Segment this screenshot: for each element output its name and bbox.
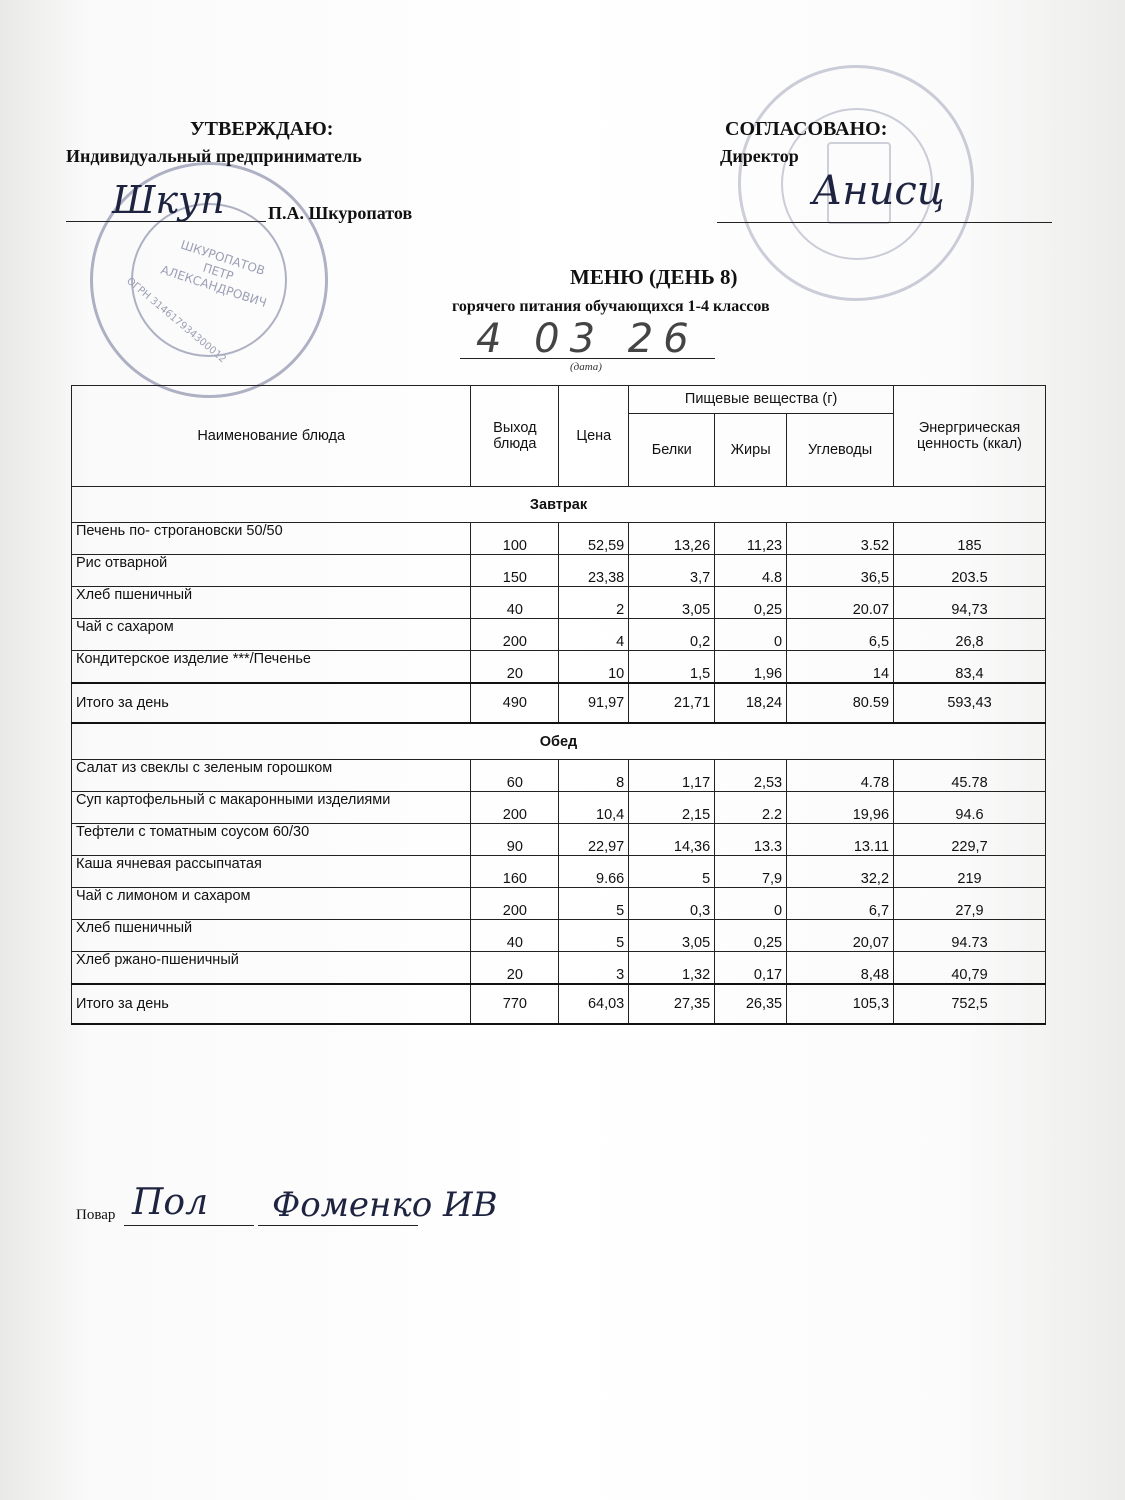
- cell-price: 10: [559, 651, 629, 684]
- total-protein: 27,35: [629, 984, 715, 1024]
- cell-protein: 3,7: [629, 555, 715, 587]
- cell-protein: 0,3: [629, 888, 715, 920]
- cell-energy: 203.5: [894, 555, 1046, 587]
- cell-fat: 11,23: [715, 523, 787, 555]
- cell-yield: 20: [471, 952, 559, 985]
- dish-name: Печень по- строгановски 50/50: [72, 523, 471, 555]
- cell-carbs: 14: [787, 651, 894, 684]
- cell-carbs: 20,07: [787, 920, 894, 952]
- dish-name: Салат из свеклы с зеленым горошком: [72, 760, 471, 792]
- cell-protein: 3,05: [629, 920, 715, 952]
- dish-name: Хлеб пшеничный: [72, 587, 471, 619]
- cell-fat: 0,25: [715, 587, 787, 619]
- total-protein: 21,71: [629, 683, 715, 723]
- total-price: 91,97: [559, 683, 629, 723]
- cell-energy: 219: [894, 856, 1046, 888]
- dish-name: Кондитерское изделие ***/Печенье: [72, 651, 471, 684]
- agreement-signature-line: [717, 222, 1052, 223]
- cell-protein: 14,36: [629, 824, 715, 856]
- cell-energy: 94.73: [894, 920, 1046, 952]
- cell-price: 10,4: [559, 792, 629, 824]
- cook-signature: Пол: [132, 1182, 208, 1223]
- approval-role: Индивидуальный предприниматель: [66, 146, 362, 167]
- dish-name: Чай с лимоном и сахаром: [72, 888, 471, 920]
- cell-carbs: 13.11: [787, 824, 894, 856]
- approval-title: УТВЕРЖДАЮ:: [190, 118, 333, 141]
- header-carbs: Углеводы: [787, 413, 894, 486]
- total-row: Итого за день77064,0327,3526,35105,3752,…: [72, 984, 1046, 1024]
- cell-fat: 0,17: [715, 952, 787, 985]
- cell-price: 23,38: [559, 555, 629, 587]
- dish-name: Суп картофельный с макаронными изделиями: [72, 792, 471, 824]
- cell-protein: 2,15: [629, 792, 715, 824]
- cell-price: 5: [559, 888, 629, 920]
- cell-fat: 7,9: [715, 856, 787, 888]
- cell-energy: 45.78: [894, 760, 1046, 792]
- header-yield: Выход блюда: [471, 386, 559, 487]
- table-row: Салат из свеклы с зеленым горошком6081,1…: [72, 760, 1046, 792]
- cell-carbs: 3.52: [787, 523, 894, 555]
- cell-protein: 5: [629, 856, 715, 888]
- agreement-role: Директор: [720, 146, 799, 167]
- total-label: Итого за день: [72, 683, 471, 723]
- cell-price: 2: [559, 587, 629, 619]
- total-label: Итого за день: [72, 984, 471, 1024]
- cell-price: 52,59: [559, 523, 629, 555]
- cell-price: 8: [559, 760, 629, 792]
- cell-yield: 200: [471, 619, 559, 651]
- cell-protein: 0,2: [629, 619, 715, 651]
- table-row: Тефтели с томатным соусом 60/309022,9714…: [72, 824, 1046, 856]
- cell-protein: 13,26: [629, 523, 715, 555]
- cook-name-line: [258, 1225, 418, 1226]
- header-nutrients: Пищевые вещества (г): [629, 386, 894, 414]
- table-row: Хлеб пшеничный4023,050,2520.0794,73: [72, 587, 1046, 619]
- table-row: Чай с лимоном и сахаром20050,306,727,9: [72, 888, 1046, 920]
- cell-energy: 40,79: [894, 952, 1046, 985]
- cell-price: 3: [559, 952, 629, 985]
- cell-carbs: 6,5: [787, 619, 894, 651]
- cell-energy: 94,73: [894, 587, 1046, 619]
- header-protein: Белки: [629, 413, 715, 486]
- header-price: Цена: [559, 386, 629, 487]
- menu-title: МЕНЮ (ДЕНЬ 8): [570, 265, 737, 290]
- section-row: Завтрак: [72, 487, 1046, 523]
- cell-fat: 1,96: [715, 651, 787, 684]
- cell-price: 4: [559, 619, 629, 651]
- cell-energy: 83,4: [894, 651, 1046, 684]
- cell-fat: 0: [715, 888, 787, 920]
- cell-carbs: 8,48: [787, 952, 894, 985]
- table-row: Каша ячневая рассыпчатая1609.6657,932,22…: [72, 856, 1046, 888]
- cell-energy: 229,7: [894, 824, 1046, 856]
- total-row: Итого за день49091,9721,7118,2480.59593,…: [72, 683, 1046, 723]
- cell-protein: 1,5: [629, 651, 715, 684]
- menu-subtitle: горячего питания обучающихся 1-4 классов: [452, 298, 770, 316]
- document-page: ШКУРОПАТОВ ПЕТР АЛЕКСАНДРОВИЧ ОГРН 31461…: [0, 0, 1125, 1500]
- total-yield: 770: [471, 984, 559, 1024]
- total-carbs: 105,3: [787, 984, 894, 1024]
- menu-date-value: 4 03 26: [470, 316, 721, 362]
- total-yield: 490: [471, 683, 559, 723]
- table-row: Хлеб ржано-пшеничный2031,320,178,4840,79: [72, 952, 1046, 985]
- cell-carbs: 6,7: [787, 888, 894, 920]
- cell-fat: 2.2: [715, 792, 787, 824]
- cell-carbs: 20.07: [787, 587, 894, 619]
- agreement-signature: Анисц: [812, 168, 945, 214]
- cell-yield: 160: [471, 856, 559, 888]
- cell-fat: 4.8: [715, 555, 787, 587]
- approval-signature-line: [66, 221, 266, 222]
- cell-carbs: 36,5: [787, 555, 894, 587]
- section-row: Обед: [72, 723, 1046, 760]
- cell-protein: 1,17: [629, 760, 715, 792]
- cook-signature-line: [124, 1225, 254, 1226]
- total-price: 64,03: [559, 984, 629, 1024]
- cell-fat: 13.3: [715, 824, 787, 856]
- section-title: Завтрак: [72, 487, 1046, 523]
- dish-name: Тефтели с томатным соусом 60/30: [72, 824, 471, 856]
- menu-date-line: [460, 358, 715, 359]
- cell-yield: 60: [471, 760, 559, 792]
- cell-price: 5: [559, 920, 629, 952]
- cell-protein: 3,05: [629, 587, 715, 619]
- total-carbs: 80.59: [787, 683, 894, 723]
- cell-energy: 27,9: [894, 888, 1046, 920]
- approval-name: П.А. Шкуропатов: [268, 203, 412, 224]
- cell-carbs: 32,2: [787, 856, 894, 888]
- header-dish: Наименование блюда: [72, 386, 471, 487]
- total-energy: 752,5: [894, 984, 1046, 1024]
- header-fat: Жиры: [715, 413, 787, 486]
- cook-label: Повар: [76, 1207, 115, 1224]
- table-row: Хлеб пшеничный4053,050,2520,0794.73: [72, 920, 1046, 952]
- header-energy: Энергрическая ценность (ккал): [894, 386, 1046, 487]
- cell-yield: 100: [471, 523, 559, 555]
- dish-name: Хлеб пшеничный: [72, 920, 471, 952]
- table-row: Рис отварной15023,383,74.836,5203.5: [72, 555, 1046, 587]
- menu-date-caption: (дата): [570, 361, 602, 373]
- section-title: Обед: [72, 723, 1046, 760]
- total-fat: 26,35: [715, 984, 787, 1024]
- cell-energy: 185: [894, 523, 1046, 555]
- dish-name: Рис отварной: [72, 555, 471, 587]
- cell-protein: 1,32: [629, 952, 715, 985]
- cell-yield: 200: [471, 888, 559, 920]
- cell-price: 22,97: [559, 824, 629, 856]
- total-fat: 18,24: [715, 683, 787, 723]
- cook-name: Фоменко ИВ: [272, 1185, 498, 1225]
- cell-price: 9.66: [559, 856, 629, 888]
- cell-yield: 20: [471, 651, 559, 684]
- dish-name: Хлеб ржано-пшеничный: [72, 952, 471, 985]
- cell-fat: 2,53: [715, 760, 787, 792]
- approval-signature: Шкуп: [112, 178, 225, 222]
- table-row: Кондитерское изделие ***/Печенье20101,51…: [72, 651, 1046, 684]
- total-energy: 593,43: [894, 683, 1046, 723]
- cell-carbs: 4.78: [787, 760, 894, 792]
- cell-energy: 26,8: [894, 619, 1046, 651]
- dish-name: Каша ячневая рассыпчатая: [72, 856, 471, 888]
- cell-carbs: 19,96: [787, 792, 894, 824]
- cell-yield: 150: [471, 555, 559, 587]
- menu-table: Наименование блюда Выход блюда Цена Пище…: [71, 385, 1046, 1025]
- cell-yield: 40: [471, 587, 559, 619]
- cell-yield: 40: [471, 920, 559, 952]
- table-row: Печень по- строгановски 50/5010052,5913,…: [72, 523, 1046, 555]
- table-row: Чай с сахаром20040,206,526,8: [72, 619, 1046, 651]
- cell-fat: 0,25: [715, 920, 787, 952]
- cell-yield: 90: [471, 824, 559, 856]
- cell-fat: 0: [715, 619, 787, 651]
- cell-energy: 94.6: [894, 792, 1046, 824]
- table-row: Суп картофельный с макаронными изделиями…: [72, 792, 1046, 824]
- agreement-title: СОГЛАСОВАНО:: [725, 118, 887, 141]
- cell-yield: 200: [471, 792, 559, 824]
- dish-name: Чай с сахаром: [72, 619, 471, 651]
